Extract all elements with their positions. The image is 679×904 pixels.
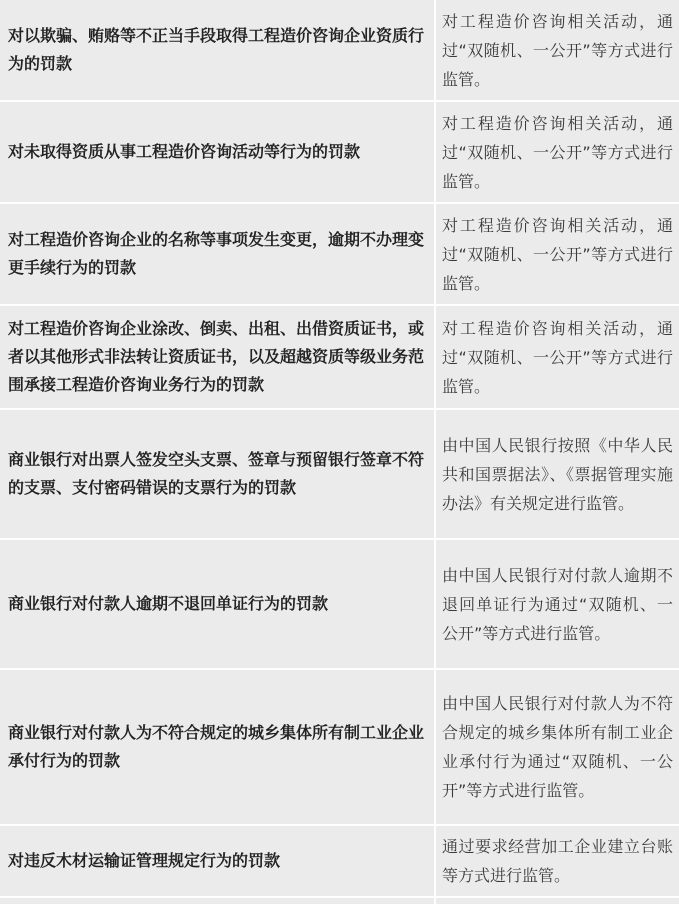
penalty-item-cell: 商业银行对出票人签发空头支票、签章与预留银行签章不符的支票、支付密码错误的支票行… xyxy=(0,410,434,538)
supervision-method-cell: 对工程造价咨询相关活动，通过“双随机、一公开”等方式进行监管。 xyxy=(436,204,679,304)
penalty-item-cell: 对违反木材运输证管理规定行为的罚款 xyxy=(0,826,434,896)
penalty-item-cell: 商业银行对付款人逾期不退回单证行为的罚款 xyxy=(0,540,434,668)
penalty-item-cell: 对未取得资质从事工程造价咨询活动等行为的罚款 xyxy=(0,102,434,202)
penalty-item-cell: 对工程造价咨询企业的名称等事项发生变更，逾期不办理变更手续行为的罚款 xyxy=(0,204,434,304)
supervision-method-cell: 通过要求经营加工企业建立台账等方式进行监管。 xyxy=(436,826,679,896)
next-row-partial xyxy=(0,898,434,904)
penalty-supervision-table: 对以欺骗、贿赂等不正当手段取得工程造价咨询企业资质行为的罚款 对工程造价咨询相关… xyxy=(0,0,679,904)
supervision-method-cell: 由中国人民银行对付款人为不符合规定的城乡集体所有制工业企业承付行为通过“双随机、… xyxy=(436,670,679,824)
penalty-item-cell: 对工程造价咨询企业涂改、倒卖、出租、出借资质证书，或者以其他形式非法转让资质证书… xyxy=(0,306,434,408)
penalty-item-cell: 商业银行对付款人为不符合规定的城乡集体所有制工业企业承付行为的罚款 xyxy=(0,670,434,824)
supervision-method-cell: 对工程造价咨询相关活动，通过“双随机、一公开”等方式进行监管。 xyxy=(436,102,679,202)
next-row-partial xyxy=(436,898,679,904)
supervision-method-cell: 对工程造价咨询相关活动，通过“双随机、一公开”等方式进行监管。 xyxy=(436,306,679,408)
supervision-method-cell: 由中国人民银行按照《中华人民共和国票据法》、《票据管理实施办法》有关规定进行监管… xyxy=(436,410,679,538)
penalty-item-cell: 对以欺骗、贿赂等不正当手段取得工程造价咨询企业资质行为的罚款 xyxy=(0,0,434,100)
supervision-method-cell: 由中国人民银行对付款人逾期不退回单证行为通过“双随机、一公开”等方式进行监管。 xyxy=(436,540,679,668)
supervision-method-cell: 对工程造价咨询相关活动，通过“双随机、一公开”等方式进行监管。 xyxy=(436,0,679,100)
